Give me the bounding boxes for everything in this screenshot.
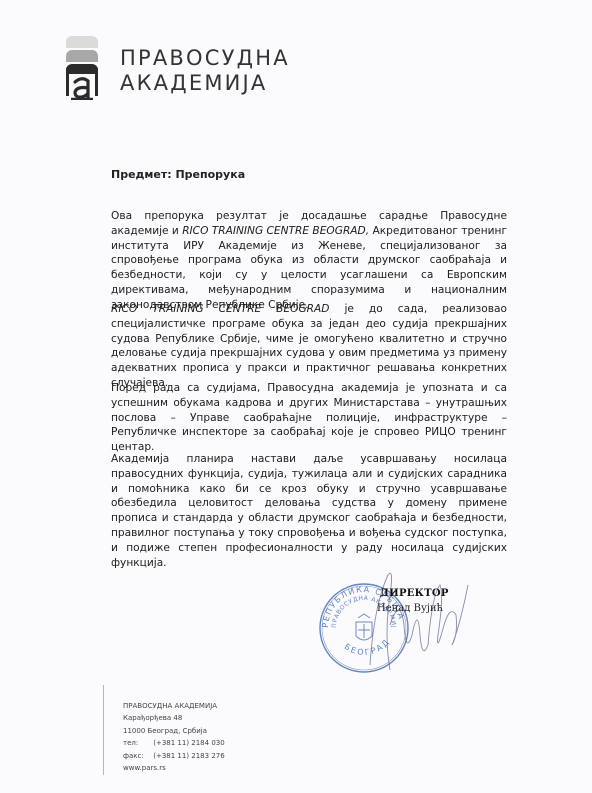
paragraph-1-part-3: Акредитованог тренинг института ИРУ Акад… [111, 225, 507, 311]
footer-divider [103, 685, 104, 775]
org-name-line-1: ПРАВОСУДНА [120, 46, 290, 71]
footer-website: www.pars.rs [123, 762, 225, 774]
paragraph-4-part-1: Академија планира настави даље усавршава… [111, 453, 507, 569]
academy-logo [66, 36, 106, 102]
footer-phone-label: тел: [123, 737, 151, 749]
footer-fax-row: факс: (+381 11) 2183 276 [123, 750, 225, 762]
footer-city: 11000 Београд, Србија [123, 725, 225, 737]
director-title: ДИРЕКТОР [380, 588, 449, 599]
logo-bar-dark-icon [66, 64, 98, 74]
footer-org: ПРАВОСУДНА АКАДЕМИЈА [123, 700, 225, 712]
footer-phone: (+381 11) 2184 030 [153, 739, 224, 747]
paragraph-1: Ова препорука резултат је досадашње сара… [111, 209, 507, 313]
logo-bar-light-icon [66, 36, 98, 48]
handwritten-signature-icon [360, 565, 480, 675]
logo-letter-a-icon [71, 76, 93, 100]
paragraph-2-part-2: је до сада, реализовао специјалистичке п… [111, 303, 507, 389]
footer-contact: ПРАВОСУДНА АКАДЕМИЈА Карађорђева 48 1100… [123, 700, 225, 774]
logo-side-left-icon [66, 68, 69, 96]
footer-phone-row: тел: (+381 11) 2184 030 [123, 737, 225, 749]
organization-name: ПРАВОСУДНА АКАДЕМИЈА [120, 46, 290, 96]
paragraph-3: Поред рада са судијама, Правосудна акаде… [111, 381, 507, 455]
footer-fax: (+381 11) 2183 276 [153, 752, 224, 760]
director-name: Ненад Вујић [377, 603, 443, 614]
paragraph-4: Академија планира настави даље усавршава… [111, 452, 507, 570]
letter-subject: Предмет: Препорука [111, 168, 245, 181]
paragraph-2: RICO TRAINING CENTRE BEOGRAD је до сада,… [111, 302, 507, 391]
footer-street: Карађорђева 48 [123, 712, 225, 724]
logo-bar-medium-icon [66, 50, 98, 62]
paragraph-1-part-2: RICO TRAINING CENTRE BEOGRAD, [182, 225, 369, 237]
paragraph-3-part-1: Поред рада са судијама, Правосудна акаде… [111, 382, 507, 453]
paragraph-2-part-1: RICO TRAINING CENTRE BEOGRAD [111, 303, 329, 315]
org-name-line-2: АКАДЕМИЈА [120, 71, 290, 96]
footer-fax-label: факс: [123, 750, 151, 762]
logo-side-right-icon [95, 68, 98, 96]
